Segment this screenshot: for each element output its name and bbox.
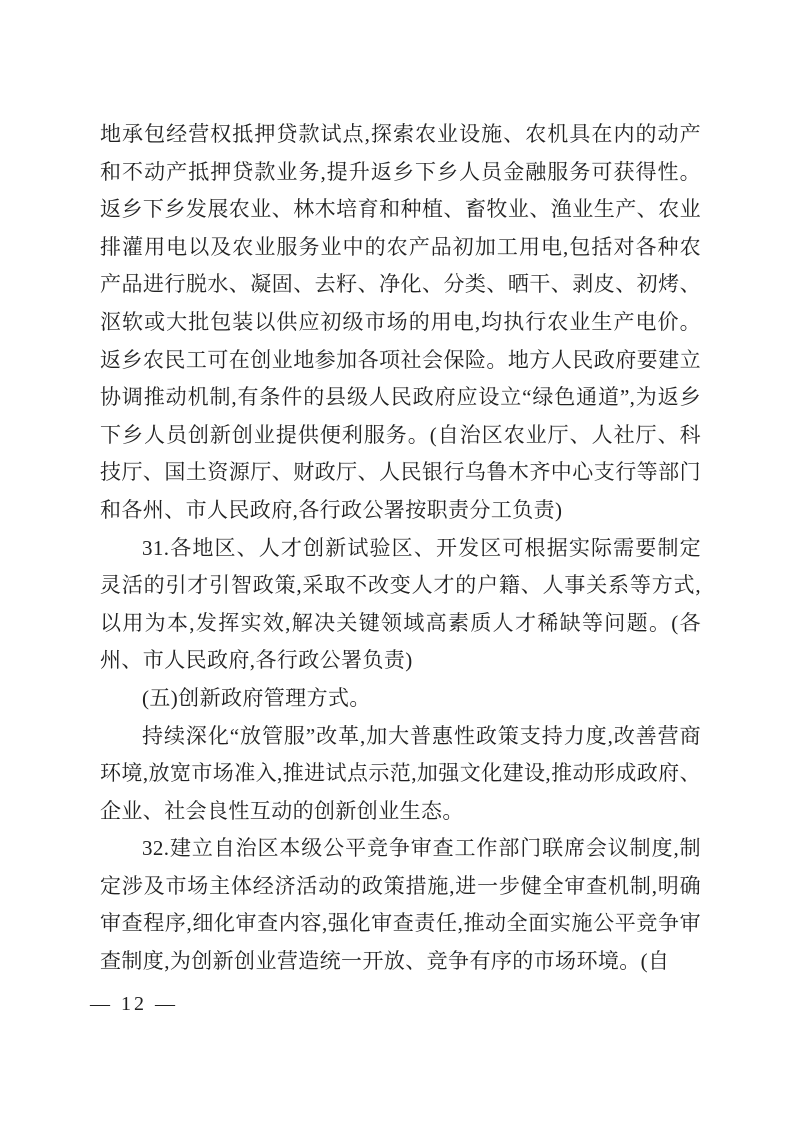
document-page: 地承包经营权抵押贷款试点,探索农业设施、农机具在内的动产和不动产抵押贷款业务,提… (0, 0, 793, 1122)
page-number: — 12 — (90, 993, 701, 1016)
document-body: 地承包经营权抵押贷款试点,探索农业设施、农机具在内的动产和不动产抵押贷款业务,提… (100, 116, 701, 981)
paragraph-item-31: 31.各地区、人才创新试验区、开发区可根据实际需要制定灵活的引才引智政策,采取不… (100, 530, 701, 680)
paragraph-item-32: 32.建立自治区本级公平竞争审查工作部门联席会议制度,制定涉及市场主体经济活动的… (100, 830, 701, 980)
paragraph-section-5-intro: 持续深化“放管服”改革,加大普惠性政策支持力度,改善营商环境,放宽市场准入,推进… (100, 718, 701, 831)
paragraph-section-5-heading: (五)创新政府管理方式。 (100, 680, 701, 718)
paragraph-continuation: 地承包经营权抵押贷款试点,探索农业设施、农机具在内的动产和不动产抵押贷款业务,提… (100, 116, 701, 530)
